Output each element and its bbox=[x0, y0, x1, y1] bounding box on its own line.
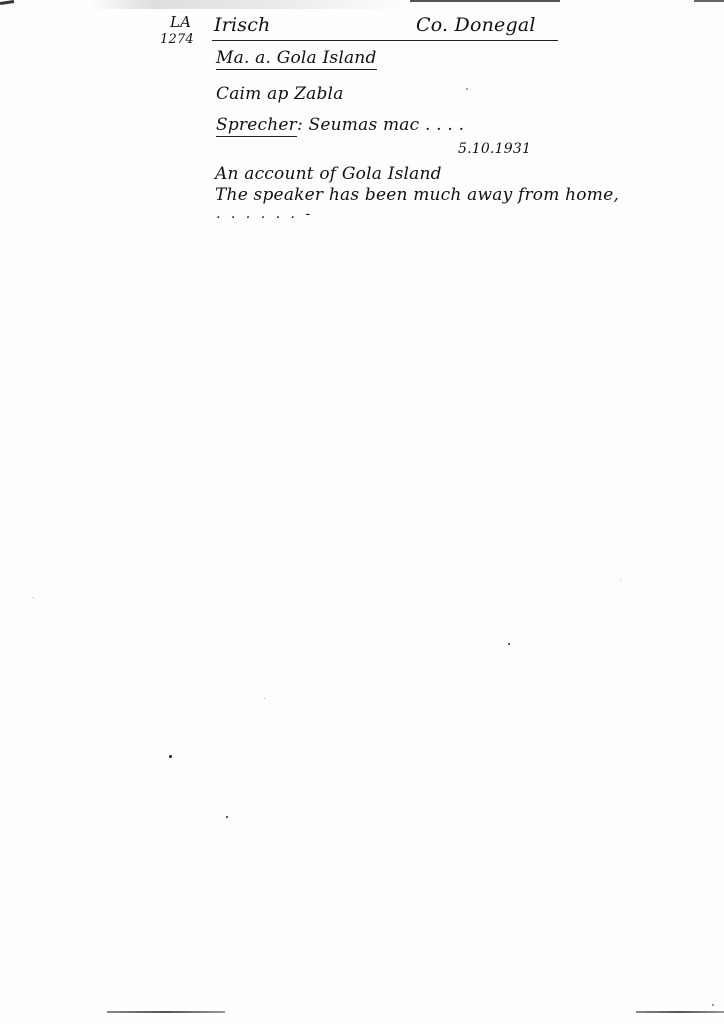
speaker-label: Sprecher bbox=[216, 115, 297, 137]
scan-speck bbox=[226, 816, 228, 818]
scan-artifact bbox=[410, 0, 560, 2]
scan-speck bbox=[264, 698, 265, 699]
recording-location: Ma. a. Gola Island bbox=[216, 48, 377, 68]
scan-speck bbox=[620, 580, 621, 581]
recording-title: Caim ap Zabla bbox=[216, 84, 344, 104]
speaker-row: Sprecher: Seumas mac . . . . bbox=[216, 115, 464, 135]
region-label: Co. Donegal bbox=[416, 14, 536, 36]
speaker-name: Seumas mac . . . . bbox=[309, 115, 465, 135]
header-underline bbox=[212, 40, 558, 41]
scan-speck bbox=[169, 755, 172, 758]
bottom-rule-right bbox=[636, 1011, 724, 1013]
continuation-marks: . . . . . . - bbox=[216, 206, 313, 222]
document-page: LA 1274 Irisch Co. Donegal Ma. a. Gola I… bbox=[0, 0, 724, 1024]
scan-speck bbox=[508, 643, 510, 645]
scan-artifact bbox=[90, 0, 410, 9]
bottom-rule-left bbox=[107, 1011, 225, 1013]
reference-code: LA bbox=[170, 13, 191, 31]
scan-artifact bbox=[694, 0, 724, 2]
location-text: Ma. a. Gola Island bbox=[216, 48, 377, 70]
scan-speck bbox=[466, 88, 468, 90]
description-line-1: An account of Gola Island bbox=[215, 164, 442, 184]
scan-speck bbox=[32, 597, 33, 598]
recording-date: 5.10.1931 bbox=[458, 141, 531, 157]
language-label: Irisch bbox=[214, 14, 271, 36]
scan-artifact bbox=[0, 0, 14, 5]
speaker-separator: : bbox=[297, 115, 303, 135]
scan-speck bbox=[712, 1004, 714, 1006]
description-line-2: The speaker has been much away from home… bbox=[215, 185, 619, 205]
reference-number: 1274 bbox=[160, 32, 194, 47]
